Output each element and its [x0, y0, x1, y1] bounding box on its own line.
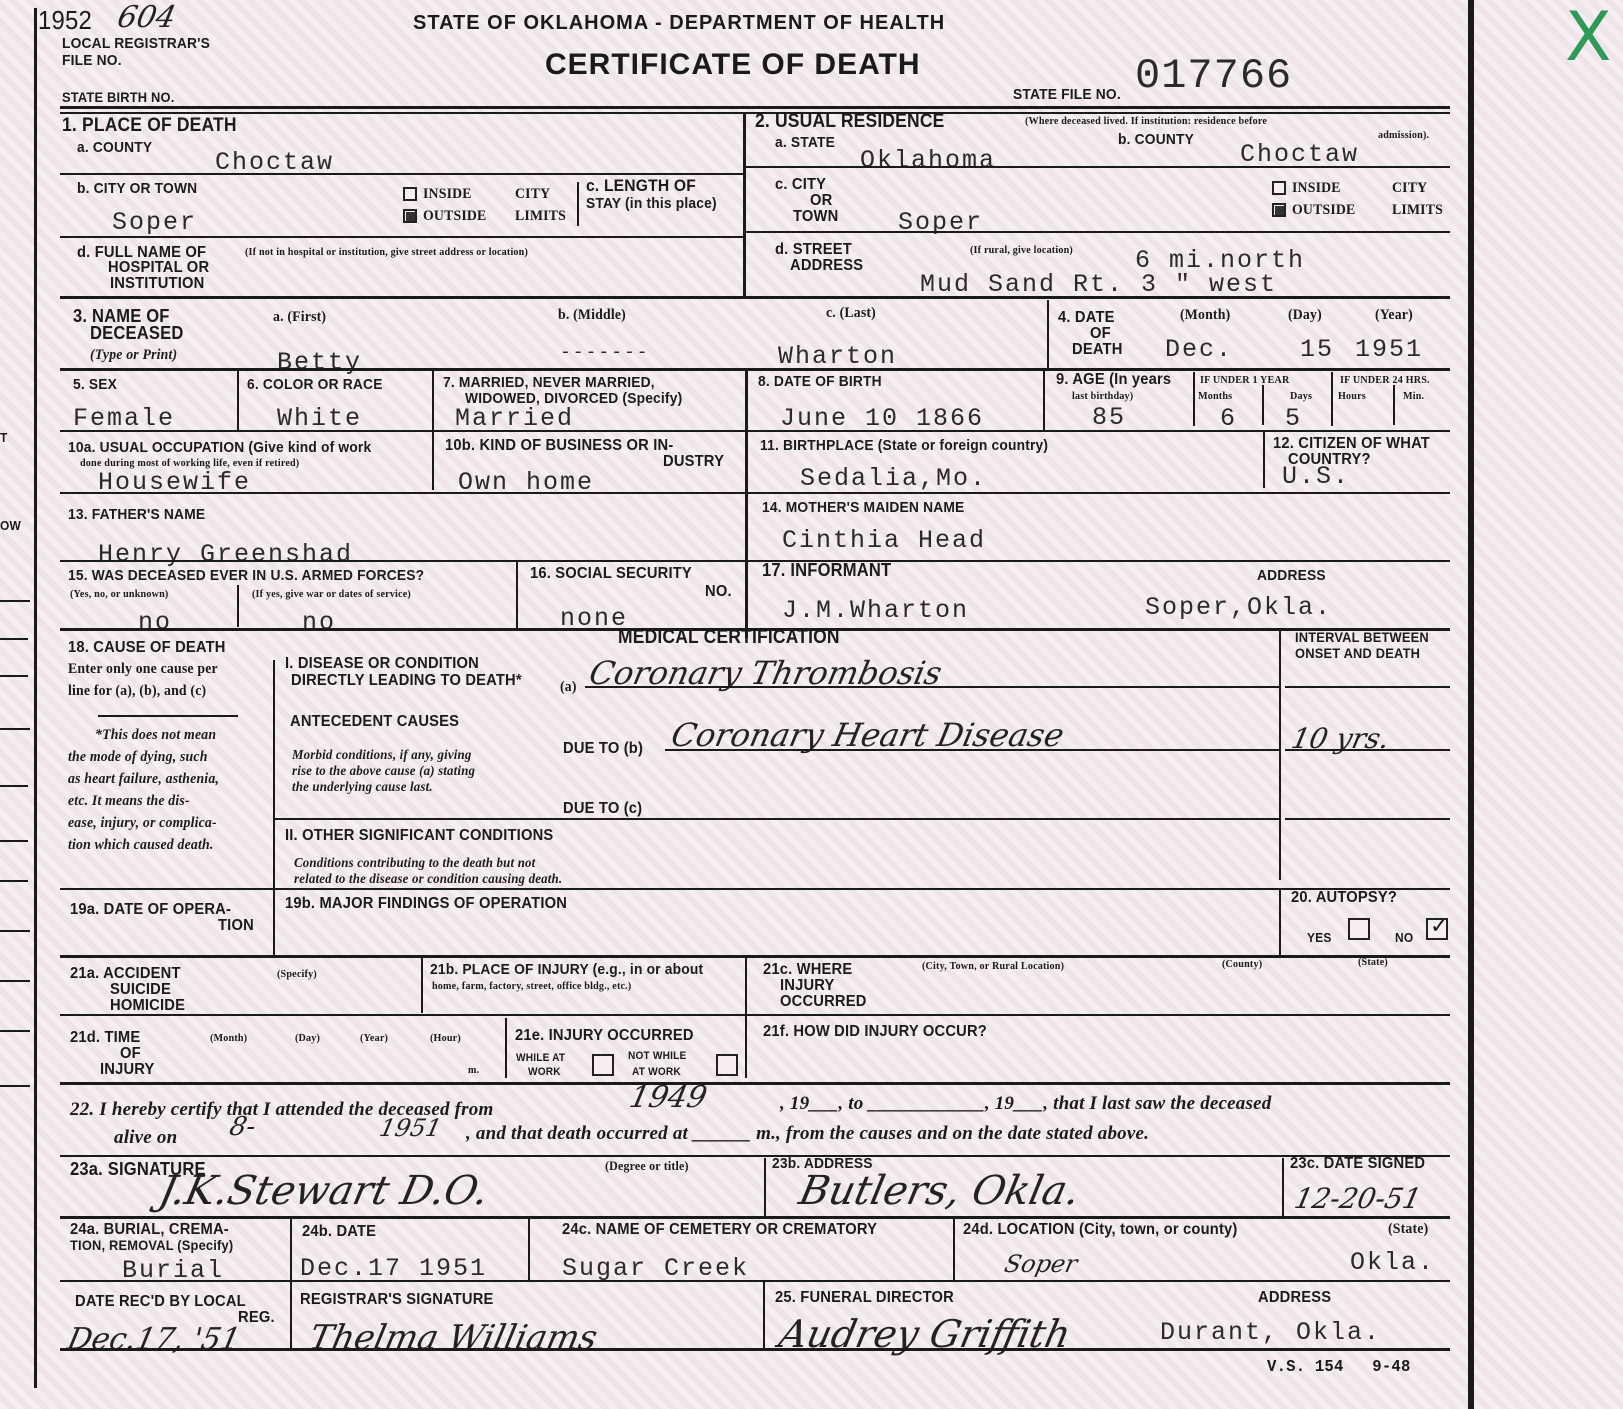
rule	[745, 166, 1450, 168]
left-margin-rule	[0, 840, 28, 842]
ur-city-label-2: OR	[810, 193, 832, 208]
usual-residence-label: 2. USUAL RESIDENCE	[755, 112, 944, 131]
ur-county-label: b. COUNTY	[1118, 132, 1194, 147]
ur-city-label-3: TOWN	[793, 209, 838, 224]
left-margin-rule	[0, 980, 30, 982]
burial-location-value: Soper	[1002, 1250, 1080, 1278]
autopsy-label: 20. AUTOPSY?	[1291, 890, 1397, 905]
registrar-file-prefix: 1952	[38, 6, 92, 34]
left-margin-rule	[0, 1085, 30, 1087]
physician-signature: J.K.Stewart D.O.	[155, 1168, 493, 1214]
informant-name: J.M.Wharton	[782, 598, 969, 624]
other-conditions-note-1: Conditions contributing to the death but…	[294, 856, 535, 871]
rule	[60, 1348, 1450, 1351]
rule	[1285, 686, 1450, 688]
check-mark-icon: ✓	[1430, 914, 1448, 939]
morbid-note-3: the underlying cause last.	[292, 780, 433, 795]
dod-month-label: (Month)	[1180, 308, 1230, 323]
left-margin-rule	[0, 880, 28, 882]
burial-label-2: TION, REMOVAL (Specify)	[70, 1238, 233, 1253]
burial-state-value: Okla.	[1350, 1250, 1435, 1276]
cause-note-6: tion which caused death.	[68, 838, 214, 853]
birthplace-value: Sedalia,Mo.	[800, 466, 987, 492]
rule	[275, 818, 1280, 820]
rule	[1393, 385, 1395, 425]
pod-county-label: a. COUNTY	[77, 140, 152, 155]
occupation-label: 10a. USUAL OCCUPATION (Give kind of work	[68, 440, 371, 455]
registrar-file-number: 604	[114, 0, 179, 35]
left-margin-rule	[0, 638, 28, 640]
cause-note-2: the mode of dying, such	[68, 750, 208, 765]
injury-not-at-work-checkbox[interactable]	[716, 1054, 738, 1076]
injury-where-label-2: INJURY	[780, 978, 835, 993]
rule	[60, 1155, 1450, 1157]
cause-instr-2: line for (a), (b), and (c)	[68, 684, 206, 699]
father-value: Henry Greenshad	[98, 542, 353, 568]
operation-findings-label: 19b. MAJOR FINDINGS OF OPERATION	[285, 896, 567, 911]
cert-line-2a: alive on	[114, 1130, 177, 1145]
injury-place-label-2: home, farm, factory, street, office bldg…	[432, 980, 631, 992]
months-label: Months	[1198, 390, 1232, 402]
funeral-address-value: Durant, Okla.	[1160, 1320, 1381, 1346]
injury-how-label: 21f. HOW DID INJURY OCCUR?	[763, 1024, 987, 1039]
injury-where-label-3: OCCURRED	[780, 994, 867, 1009]
rule	[745, 370, 748, 638]
certificate-title: CERTIFICATE OF DEATH	[545, 48, 921, 82]
injury-not-while-1: NOT WHILE	[628, 1050, 686, 1062]
citizen-value: U.S.	[1282, 464, 1350, 490]
autopsy-no-checkbox[interactable]: ✓	[1426, 918, 1448, 940]
registrar-date-label-1: DATE REC'D BY LOCAL	[75, 1294, 246, 1309]
rule	[273, 660, 275, 890]
autopsy-yes-checkbox[interactable]	[1348, 918, 1370, 940]
injury-not-while-2: AT WORK	[632, 1066, 681, 1078]
burial-date-label: 24b. DATE	[302, 1224, 376, 1239]
rule	[421, 958, 423, 1013]
file-no-label: FILE NO.	[62, 53, 122, 68]
dod-label-2: OF	[1090, 326, 1111, 341]
left-margin-rule	[0, 930, 30, 932]
col-divider-1-2	[743, 112, 746, 297]
ur-city-limits-1: CITY	[1392, 181, 1427, 196]
rule	[763, 1282, 765, 1348]
business-label-1: 10b. KIND OF BUSINESS OR IN-	[445, 438, 673, 453]
armed-forces-value-1: no	[138, 610, 172, 636]
dod-year-label: (Year)	[1375, 308, 1413, 323]
pod-city-limits-1: CITY	[515, 187, 550, 202]
ur-city-label-1: c. CITY	[775, 177, 826, 192]
business-label-2: DUSTRY	[663, 454, 724, 469]
autopsy-no-label: NO	[1395, 930, 1413, 945]
burial-state-label: (State)	[1388, 1222, 1428, 1237]
ur-street-line-2: Mud Sand Rt. 3 " west	[920, 272, 1277, 298]
name-label-3: (Type or Print)	[90, 348, 177, 363]
ur-inside-checkbox[interactable]	[1272, 181, 1286, 195]
marital-value: Married	[455, 406, 574, 432]
pod-inside-label: INSIDE	[423, 187, 472, 202]
pod-inside-checkbox[interactable]	[403, 187, 417, 201]
pod-hospital-note: (If not in hospital or institution, give…	[245, 246, 528, 258]
ur-state-value: Oklahoma	[860, 148, 996, 174]
rule	[585, 686, 1280, 688]
age-label-2: last birthday)	[1072, 390, 1133, 402]
injury-time-month: (Month)	[210, 1032, 247, 1044]
left-margin-fragment: T	[0, 430, 8, 445]
place-of-death-label: 1. PLACE OF DEATH	[62, 116, 237, 135]
cemetery-value: Sugar Creek	[562, 1256, 749, 1282]
usual-residence-note: (Where deceased lived. If institution: r…	[1025, 115, 1267, 127]
cause-a-label: (a)	[560, 680, 577, 695]
rule	[1193, 372, 1195, 426]
state-birth-no-label: STATE BIRTH NO.	[62, 90, 174, 105]
injury-time-m: m.	[468, 1064, 479, 1076]
pod-hospital-label-1: d. FULL NAME OF	[77, 245, 206, 260]
morbid-note-1: Morbid conditions, if any, giving	[292, 748, 472, 763]
registrar-label: LOCAL REGISTRAR'S	[62, 36, 210, 51]
rule	[98, 715, 238, 717]
cause-note-5: ease, injury, or complica-	[68, 816, 217, 831]
rule	[1282, 1158, 1284, 1218]
rule	[1263, 432, 1265, 488]
injury-time-label-1: 21d. TIME	[70, 1030, 140, 1045]
rule	[60, 888, 1450, 890]
rule	[60, 430, 1450, 432]
injury-while-at-work-checkbox[interactable]	[592, 1054, 614, 1076]
age-label-1: 9. AGE (In years	[1056, 372, 1171, 387]
pod-outside-checkbox[interactable]	[403, 209, 417, 223]
age-days: 5	[1285, 406, 1302, 432]
ur-city-limits-2: LIMITS	[1392, 203, 1443, 218]
rule	[1043, 370, 1045, 430]
cause-note-1: *This does not mean	[95, 728, 216, 743]
degree-label: (Degree or title)	[605, 1160, 689, 1172]
ur-inside-label: INSIDE	[1292, 181, 1341, 196]
rule	[1285, 749, 1450, 751]
pod-city-limits-2: LIMITS	[515, 209, 566, 224]
birth-date-value: June 10 1866	[780, 406, 984, 432]
injury-time-day: (Day)	[295, 1032, 320, 1044]
state-file-number: 017766	[1135, 54, 1292, 98]
ur-state-label: a. STATE	[775, 135, 835, 150]
left-margin-rule	[0, 675, 28, 677]
under-year-label: IF UNDER 1 YEAR	[1200, 374, 1289, 386]
rule	[60, 173, 743, 175]
rule	[1279, 630, 1281, 880]
dod-day-label: (Day)	[1288, 308, 1322, 323]
first-name-value: Betty	[277, 350, 362, 376]
burial-location-label: 24d. LOCATION (City, town, or county)	[963, 1222, 1237, 1237]
cert-line-2b: , and that death occurred at ______ m., …	[466, 1126, 1149, 1141]
rule	[60, 492, 1450, 494]
pod-city-value: Soper	[112, 210, 197, 236]
injury-time-year: (Year)	[360, 1032, 388, 1044]
medical-cert-heading: MEDICAL CERTIFICATION	[618, 630, 840, 645]
rule	[1285, 818, 1450, 820]
armed-forces-sub-2: (If yes, give war or dates of service)	[252, 588, 411, 600]
cause-b-label: DUE TO (b)	[563, 741, 643, 756]
armed-forces-label: 15. WAS DECEASED EVER IN U.S. ARMED FORC…	[68, 568, 424, 583]
race-value: White	[277, 406, 362, 432]
left-margin-rule	[0, 785, 28, 787]
injury-type-specify: (Specify)	[277, 968, 317, 980]
injury-where-county: (County)	[1222, 958, 1262, 970]
pod-city-label: b. CITY OR TOWN	[77, 181, 197, 196]
under-day-label: IF UNDER 24 HRS.	[1340, 374, 1430, 386]
ur-outside-label: OUTSIDE	[1292, 203, 1355, 218]
pod-hospital-label-2: HOSPITAL OR	[108, 260, 209, 275]
middle-name-value: -------	[560, 340, 650, 366]
ssn-label-2: NO.	[705, 584, 732, 599]
other-conditions-label: II. OTHER SIGNIFICANT CONDITIONS	[285, 828, 553, 843]
days-label: Days	[1290, 390, 1312, 402]
hours-label: Hours	[1338, 390, 1366, 402]
ur-street-note: (If rural, give location)	[970, 244, 1073, 256]
cert-from-year: 1949	[626, 1080, 710, 1115]
frame-right	[1468, 0, 1474, 1409]
funeral-address-label: ADDRESS	[1258, 1290, 1331, 1305]
sex-value: Female	[73, 406, 175, 432]
green-x-mark: X	[1565, 0, 1612, 77]
marital-label-1: 7. MARRIED, NEVER MARRIED,	[443, 375, 655, 390]
death-certificate: T OW 1952 604 LOCAL REGISTRAR'S FILE NO.…	[0, 0, 1623, 1409]
funeral-director-label: 25. FUNERAL DIRECTOR	[775, 1290, 954, 1305]
injury-time-hour: (Hour)	[430, 1032, 461, 1044]
state-file-no-label: STATE FILE NO.	[1013, 87, 1121, 102]
date-signed-label: 23c. DATE SIGNED	[1290, 1156, 1425, 1171]
rule	[60, 1082, 1450, 1085]
mother-label: 14. MOTHER'S MAIDEN NAME	[762, 500, 964, 515]
left-margin-rule	[0, 1030, 30, 1032]
mother-value: Cinthia Head	[782, 528, 986, 554]
birth-date-label: 8. DATE OF BIRTH	[758, 374, 882, 389]
interval-label-2: ONSET AND DEATH	[1295, 646, 1420, 661]
rule	[745, 231, 1450, 233]
informant-label: 17. INFORMANT	[762, 563, 891, 578]
operation-date-label-2: TION	[218, 918, 254, 933]
race-label: 6. COLOR OR RACE	[247, 377, 383, 392]
cert-alive-on: 8-	[227, 1112, 259, 1142]
header-rule	[60, 106, 1450, 109]
form-number: V.S. 154 9-48	[1267, 1360, 1411, 1375]
burial-label-1: 24a. BURIAL, CREMA-	[70, 1222, 229, 1237]
rule	[665, 749, 1280, 751]
pod-length-stay-label-2: STAY (in this place)	[586, 196, 717, 211]
rule	[60, 1280, 1450, 1282]
ssn-label-1: 16. SOCIAL SECURITY	[530, 566, 692, 581]
pod-length-stay-label: c. LENGTH OF	[586, 178, 696, 193]
injury-type-label-1: 21a. ACCIDENT	[70, 966, 181, 981]
left-margin-rule	[0, 728, 30, 730]
cause-of-death-label: 18. CAUSE OF DEATH	[68, 640, 226, 655]
rule	[1331, 372, 1333, 426]
injury-where-city: (City, Town, or Rural Location)	[922, 960, 1064, 972]
injury-while-1: WHILE AT	[516, 1052, 565, 1064]
rule	[60, 236, 743, 238]
first-name-label: a. (First)	[273, 310, 326, 325]
rule	[1262, 385, 1264, 425]
birthplace-label: 11. BIRTHPLACE (State or foreign country…	[760, 438, 1048, 453]
other-conditions-note-2: related to the disease or condition caus…	[294, 872, 562, 887]
ur-outside-checkbox[interactable]	[1272, 203, 1286, 217]
autopsy-yes-label: YES	[1307, 930, 1331, 945]
dod-label-1: 4. DATE	[1058, 310, 1115, 325]
cert-alive-year: 1951	[377, 1114, 444, 1142]
injury-where-state: (State)	[1358, 956, 1388, 968]
left-margin-fragment: OW	[0, 518, 21, 533]
burial-date-value: Dec.17 1951	[300, 1256, 487, 1282]
cert-line-1b: , 19___, to ____________, 19___, that I …	[780, 1096, 1271, 1111]
rule	[237, 370, 239, 430]
usual-residence-note-2: admission).	[1378, 129, 1429, 141]
name-label-1: 3. NAME OF	[73, 309, 170, 324]
last-name-label: c. (Last)	[826, 306, 876, 321]
cemetery-label: 24c. NAME OF CEMETERY OR CREMATORY	[562, 1222, 877, 1237]
rule	[764, 1158, 766, 1218]
middle-name-label: b. (Middle)	[558, 308, 626, 323]
min-label: Min.	[1403, 390, 1424, 402]
rule	[60, 560, 1450, 562]
left-margin-rule	[0, 600, 30, 602]
dod-day: 15	[1300, 337, 1334, 363]
injury-time-label-3: INJURY	[100, 1062, 155, 1077]
rule	[273, 890, 275, 955]
date-signed-value: 12-20-51	[1291, 1182, 1424, 1215]
rule	[60, 368, 1450, 371]
rule	[290, 1218, 292, 1348]
injury-place-label-1: 21b. PLACE OF INJURY (e.g., in or about	[430, 962, 703, 977]
injury-type-label-3: HOMICIDE	[110, 998, 185, 1013]
cause-instr-1: Enter only one cause per	[68, 662, 218, 677]
injury-where-label-1: 21c. WHERE	[763, 962, 852, 977]
cause-note-4: etc. It means the dis-	[68, 794, 190, 809]
frame-left	[34, 8, 37, 1388]
name-label-2: DECEASED	[90, 326, 183, 341]
rule	[60, 1216, 1450, 1219]
armed-forces-value-2: no	[302, 610, 336, 636]
sex-label: 5. SEX	[73, 377, 117, 392]
rule	[577, 182, 579, 226]
rule	[1047, 300, 1049, 368]
ur-street-label-1: d. STREET	[775, 242, 852, 257]
registrar-date-value: Dec.17, '51	[64, 1322, 243, 1357]
direct-cause-label-2: DIRECTLY LEADING TO DEATH*	[291, 673, 522, 688]
informant-address: Soper,Okla.	[1145, 595, 1332, 621]
antecedent-label: ANTECEDENT CAUSES	[290, 714, 459, 729]
cert-address-value: Butlers, Okla.	[795, 1168, 1084, 1214]
dod-month: Dec.	[1165, 337, 1233, 363]
armed-forces-sub-1: (Yes, no, or unknown)	[70, 588, 168, 600]
informant-address-label: ADDRESS	[1257, 568, 1326, 583]
morbid-note-2: rise to the above cause (a) stating	[292, 764, 475, 779]
age-years: 85	[1092, 405, 1126, 431]
rule	[237, 585, 239, 627]
pod-outside-label: OUTSIDE	[423, 209, 486, 224]
cause-note-3: as heart failure, asthenia,	[68, 772, 219, 787]
ur-street-label-2: ADDRESS	[790, 258, 863, 273]
age-months: 6	[1220, 406, 1237, 432]
operation-date-label-1: 19a. DATE OF OPERA-	[70, 902, 231, 917]
injury-type-label-2: SUICIDE	[110, 982, 171, 997]
rule	[528, 1218, 530, 1280]
registrar-signature-label: REGISTRAR'S SIGNATURE	[300, 1292, 494, 1307]
injury-time-label-2: OF	[120, 1046, 141, 1061]
dod-year: 1951	[1355, 337, 1423, 363]
rule	[1279, 890, 1281, 955]
interval-label-1: INTERVAL BETWEEN	[1295, 630, 1429, 645]
citizen-label-1: 12. CITIZEN OF WHAT	[1273, 436, 1430, 451]
rule	[60, 296, 1450, 299]
father-label: 13. FATHER'S NAME	[68, 507, 205, 522]
rule	[505, 1018, 507, 1078]
injury-occurred-label: 21e. INJURY OCCURRED	[515, 1028, 694, 1043]
cause-c-label: DUE TO (c)	[563, 801, 642, 816]
agency-title: STATE OF OKLAHOMA - DEPARTMENT OF HEALTH	[413, 12, 945, 35]
direct-cause-label-1: I. DISEASE OR CONDITION	[285, 656, 479, 671]
rule	[745, 958, 747, 1078]
rule	[60, 1014, 1450, 1016]
dod-label-3: DEATH	[1072, 342, 1123, 357]
rule	[516, 562, 518, 628]
rule	[953, 1218, 955, 1280]
ur-county-value: Choctaw	[1240, 142, 1359, 168]
registrar-signature: Thelma Williams	[306, 1318, 601, 1358]
pod-hospital-label-3: INSTITUTION	[110, 276, 204, 291]
injury-while-2: WORK	[528, 1066, 561, 1078]
last-name-value: Wharton	[778, 344, 897, 370]
